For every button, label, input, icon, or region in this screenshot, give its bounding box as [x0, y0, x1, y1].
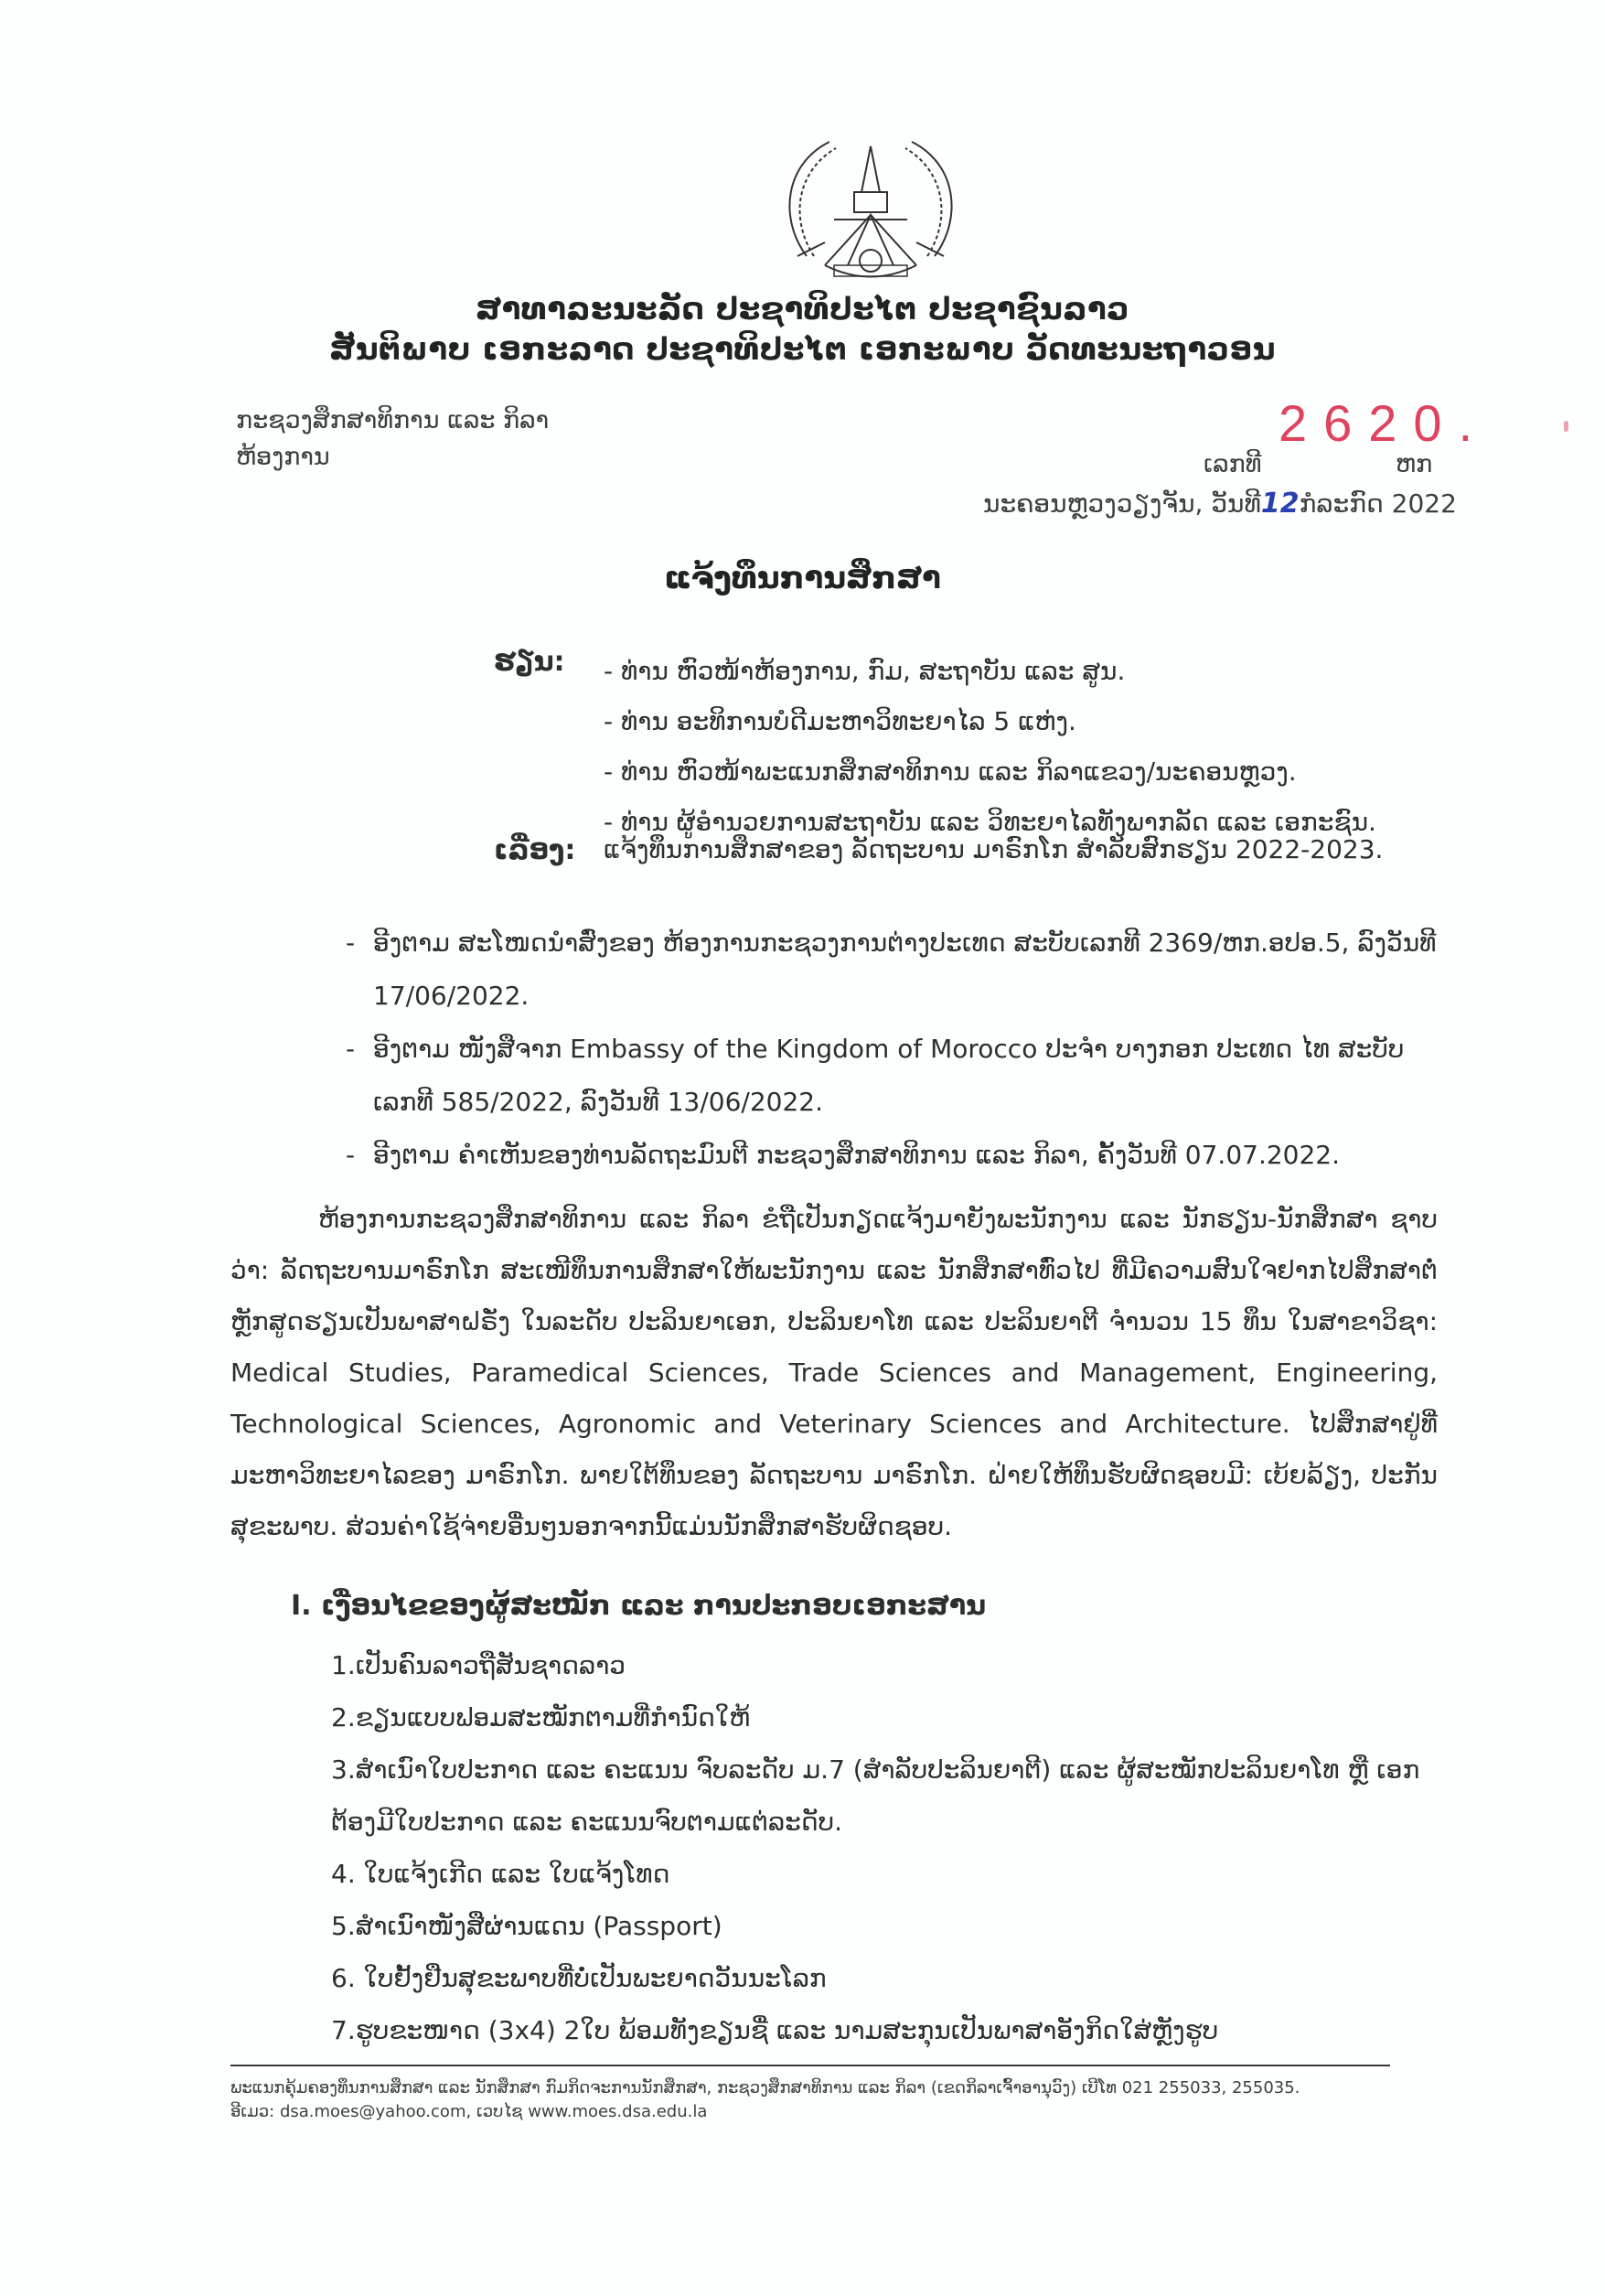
requirement-item: 5.ສຳເນົາໜັງສືຜ່ານແດນ (Passport) [331, 1900, 1438, 1952]
email-link[interactable]: dsa.moes@yahoo.com [280, 2102, 466, 2121]
reference-item: -ອີງຕາມ ສະໂໜດນຳສົ່ງຂອງ ຫ້ອງການກະຊວງການຕ່… [346, 917, 1443, 1023]
number-label: ເລກທີ [1204, 450, 1261, 478]
number-suffix: ຫກ [1396, 450, 1432, 478]
date-line: ນະຄອນຫຼວງວຽງຈັນ, ວັນທີ12ກໍລະກົດ 2022 [983, 488, 1457, 520]
requirement-item: 6. ໃບຢັ້ງຢືນສຸຂະພາບທີ່ບໍ່ເປັນພະຍາດວັນນະໂ… [331, 1952, 1438, 2004]
country-name-header: ສາທາລະນະລັດ ປະຊາທິປະໄຕ ປະຊາຊົນລາວ [0, 291, 1605, 327]
document-number-stamp: 2620. [1279, 393, 1489, 453]
footer-address: ພະແນກຄຸ້ມຄອງທຶນການສຶກສາ ແລະ ນັກສຶກສາ ກົມ… [230, 2076, 1419, 2100]
body-paragraph: ຫ້ອງການກະຊວງສຶກສາທິການ ແລະ ກິລາ ຂໍຖືເປັນ… [230, 1194, 1438, 1552]
email-label: ອີເມວ: [230, 2102, 274, 2121]
document-title: ແຈ້ງທຶນການສຶກສາ [0, 560, 1605, 596]
footer-contact: ອີເມວ: dsa.moes@yahoo.com, ເວບໄຊ www.moe… [230, 2100, 1419, 2124]
subject-text: ແຈ້ງທຶນການສຶກສາຂອງ ລັດຖະບານ ມາຣົກໂກ ສຳລັ… [604, 834, 1383, 864]
requirement-item: 3.ສຳເນົາໃບປະກາດ ແລະ ຄະແນນ ຈົບລະດັບ ມ.7 (… [331, 1743, 1438, 1848]
requirement-item: 1.ເປັນຄົນລາວຖືສັນຊາດລາວ [331, 1639, 1438, 1691]
recipient-item: - ທ່ານ ຫົວໜ້າພະແນກສຶກສາທິການ ແລະ ກິລາແຂວ… [604, 746, 1376, 797]
recipient-item: - ທ່ານ ອະທິການບໍດີມະຫາວິທະຍາໄລ 5 ແຫ່ງ. [604, 696, 1376, 746]
recipients-list: - ທ່ານ ຫົວໜ້າຫ້ອງການ, ກົມ, ສະຖາບັນ ແລະ ສ… [604, 646, 1376, 847]
stamp-mark [1564, 421, 1568, 432]
ministry-name: ກະຊວງສຶກສາທິການ ແລະ ກິລາ [236, 402, 549, 439]
issuer-block: ກະຊວງສຶກສາທິການ ແລະ ກິລາ ຫ້ອງການ [236, 402, 549, 476]
section-heading: I. ເງື່ອນໄຂຂອງຜູ້ສະໝັກ ແລະ ການປະກອບເອກະສ… [291, 1590, 986, 1622]
recipients-label: ຮຽນ: [494, 646, 565, 678]
date-prefix: ນະຄອນຫຼວງວຽງຈັນ, ວັນທີ [983, 488, 1261, 519]
requirements-list: 1.ເປັນຄົນລາວຖືສັນຊາດລາວ 2.ຂຽນແບບຟອມສະໝັກ… [331, 1639, 1438, 2056]
requirement-item: 4. ໃບແຈ້ງເກີດ ແລະ ໃບແຈ້ງໂທດ [331, 1848, 1438, 1900]
subject-label: ເລື່ອງ: [494, 834, 575, 866]
footer: ພະແນກຄຸ້ມຄອງທຶນການສຶກສາ ແລະ ນັກສຶກສາ ກົມ… [230, 2076, 1419, 2124]
requirement-item: 2.ຂຽນແບບຟອມສະໝັກຕາມທີ່ກຳນົດໃຫ້ [331, 1691, 1438, 1743]
lao-national-emblem-icon [770, 128, 971, 288]
footer-divider [230, 2065, 1390, 2066]
references-list: -ອີງຕາມ ສະໂໜດນຳສົ່ງຂອງ ຫ້ອງການກະຊວງການຕ່… [346, 917, 1443, 1182]
office-name: ຫ້ອງການ [236, 439, 549, 476]
recipient-item: - ທ່ານ ຫົວໜ້າຫ້ອງການ, ກົມ, ສະຖາບັນ ແລະ ສ… [604, 646, 1376, 696]
reference-item: -ອີງຕາມ ຄຳເຫັນຂອງທ່ານລັດຖະມົນຕີ ກະຊວງສຶກ… [346, 1129, 1443, 1182]
reference-item: -ອີງຕາມ ໜັງສືຈາກ Embassy of the Kingdom … [346, 1023, 1443, 1129]
website-link[interactable]: www.moes.dsa.edu.la [528, 2102, 707, 2121]
national-motto-header: ສັນຕິພາບ ເອກະລາດ ປະຊາທິປະໄຕ ເອກະພາບ ວັດທ… [0, 331, 1605, 368]
date-day-handwritten: 12 [1261, 488, 1300, 520]
requirement-item: 7.ຮູບຂະໜາດ (3x4) 2ໃບ ພ້ອມທັງຂຽນຊື່ ແລະ ນ… [331, 2004, 1438, 2056]
website-label: ເວບໄຊ [476, 2102, 523, 2121]
date-suffix: ກໍລະກົດ 2022 [1300, 488, 1457, 519]
